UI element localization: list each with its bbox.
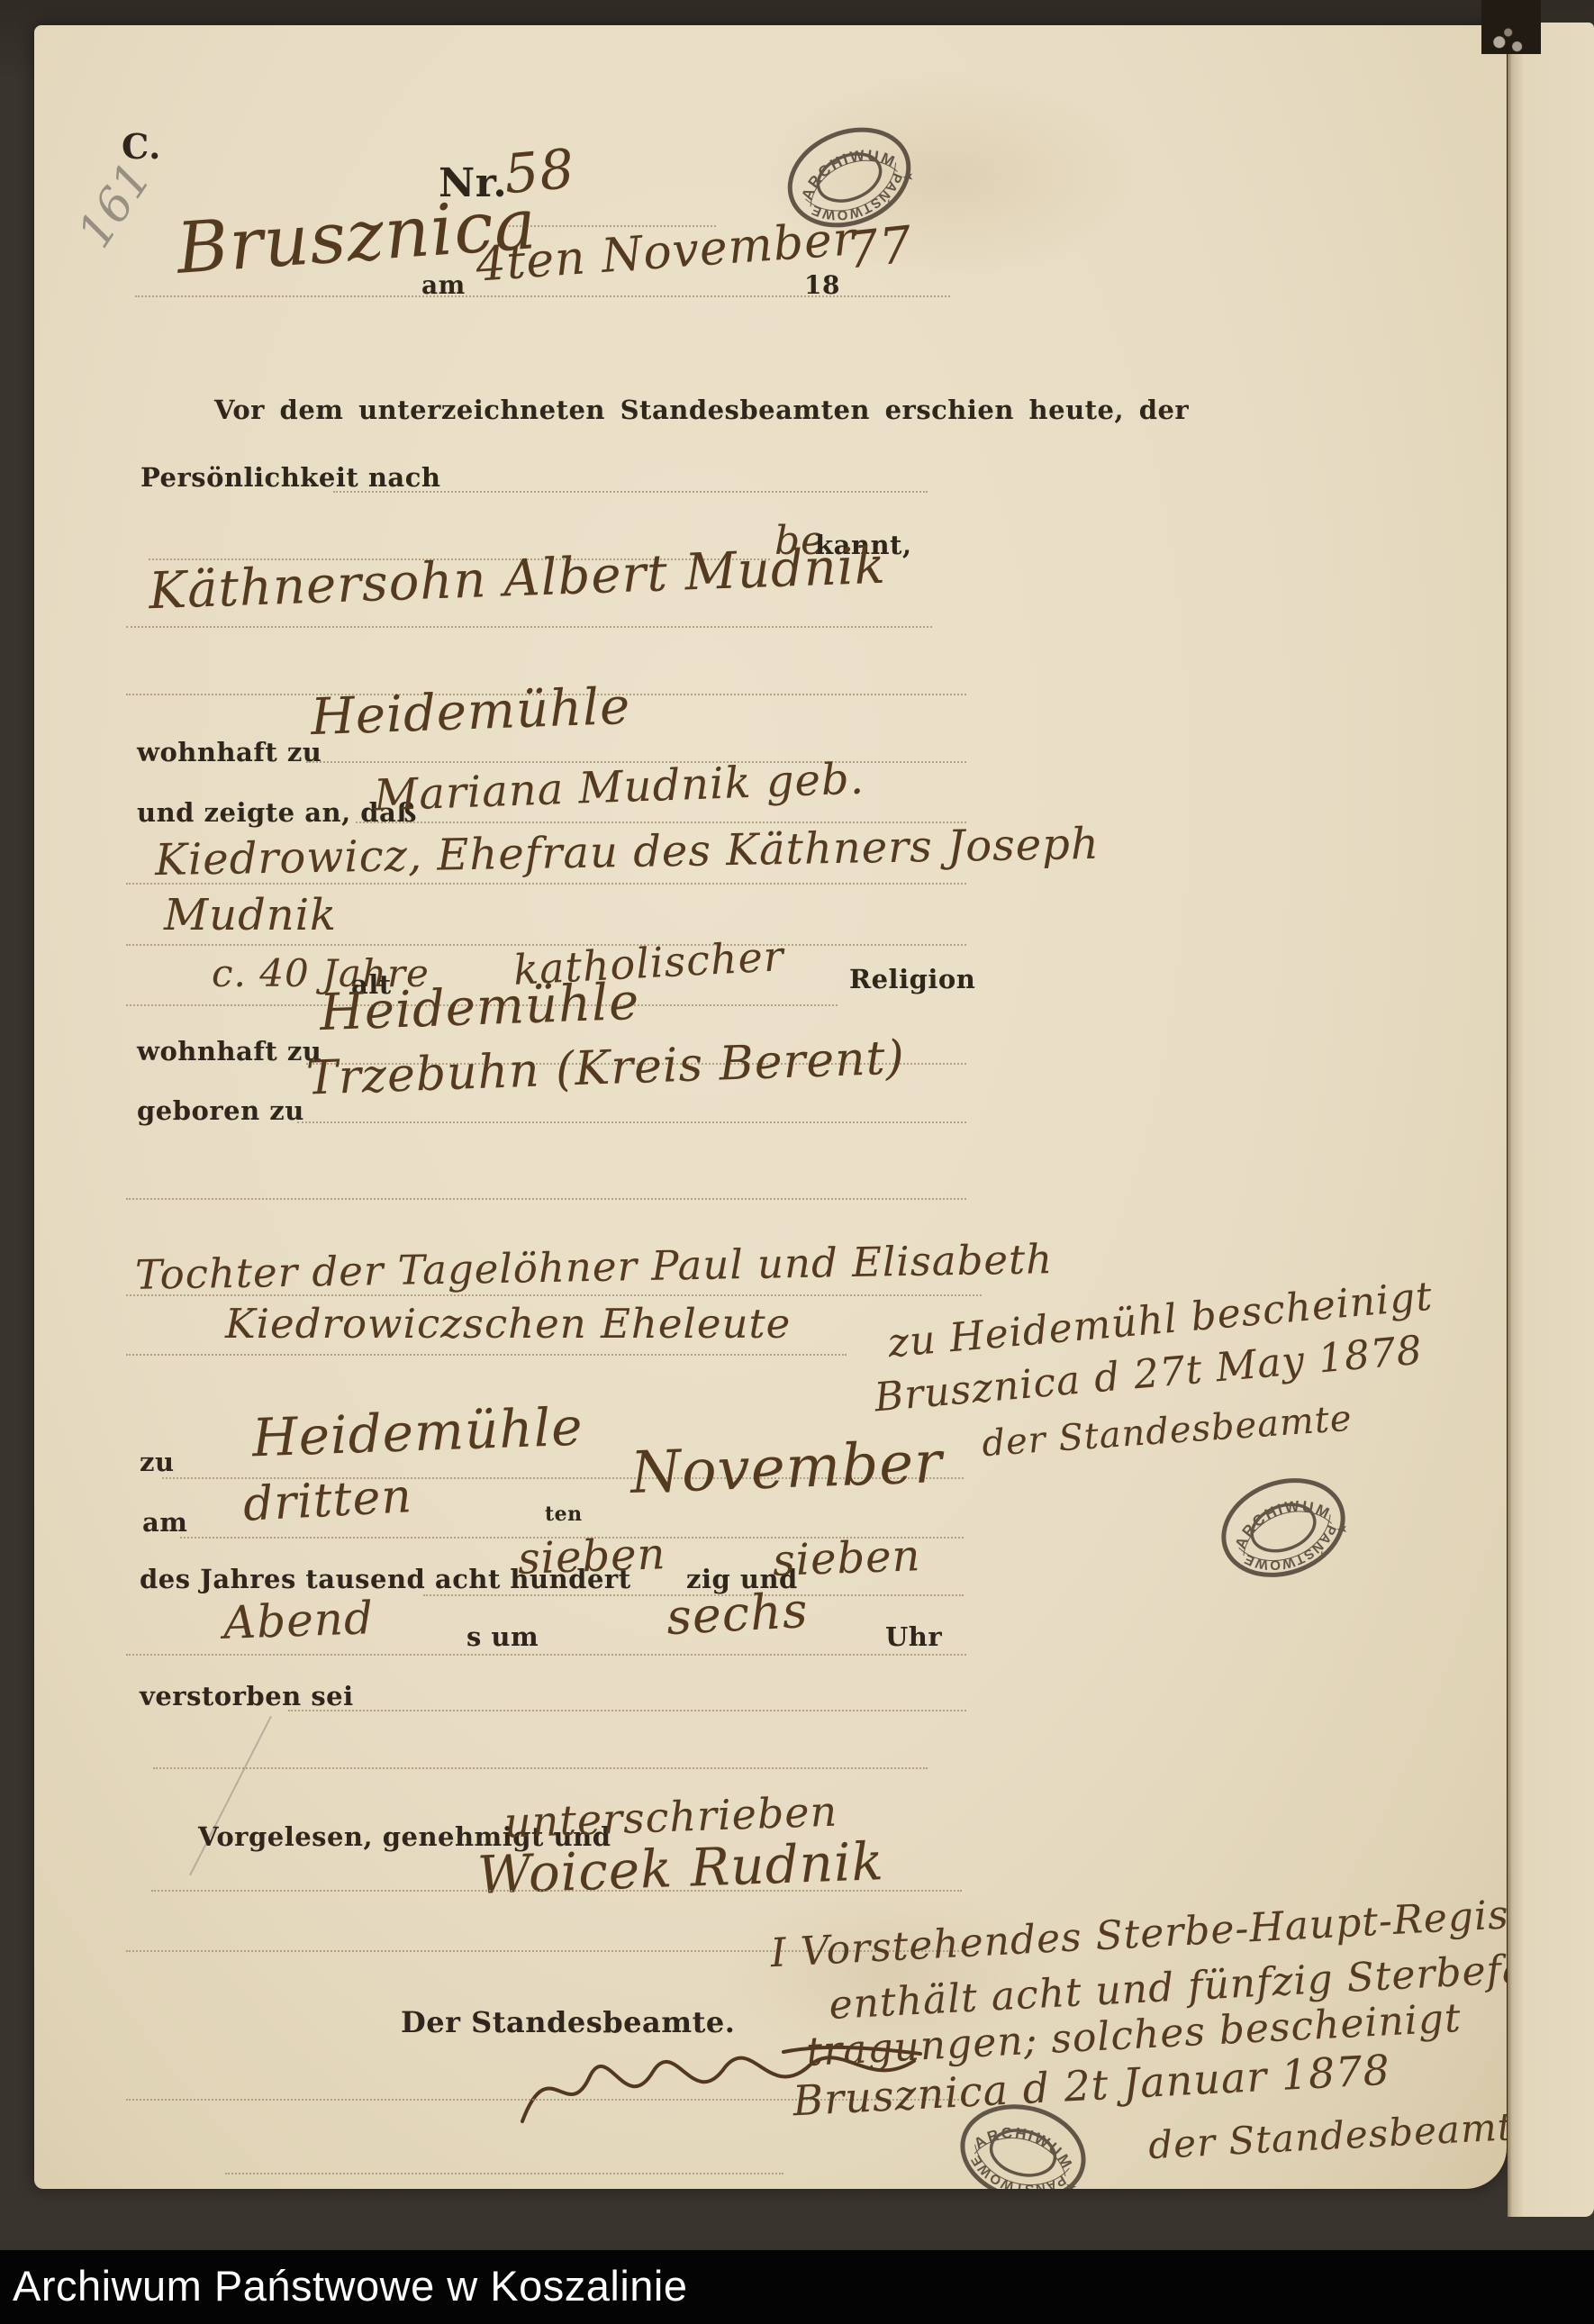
register-note-line5: der Standesbeamte <box>1147 2103 1507 2168</box>
uhr-label: Uhr <box>885 1621 942 1652</box>
archive-caption-bar: Archiwum Państwowe w Koszalinie <box>0 2250 1594 2324</box>
book-binding-threads <box>1481 0 1541 54</box>
stamp-star-icon: ★ <box>1064 2179 1078 2189</box>
archive-caption-text: Archiwum Państwowe w Koszalinie <box>13 2262 688 2310</box>
ten-suffix-label: ten <box>545 1502 583 1526</box>
death-day-value: dritten <box>242 1469 414 1532</box>
ruled-line <box>297 1121 966 1123</box>
ruled-line <box>151 1890 962 1892</box>
year-units-value: sieben <box>772 1530 921 1586</box>
s-um-label: s um <box>466 1621 539 1652</box>
religion-label: Religion <box>849 964 975 994</box>
ruled-line <box>135 295 950 297</box>
ruled-line <box>126 1654 966 1656</box>
stamp-star-icon: ★ <box>1335 1521 1349 1537</box>
ruled-line <box>225 2173 783 2174</box>
deceased-name-line2: Kiedrowicz, Ehefrau des Käthners Joseph <box>155 819 1100 885</box>
ruled-line <box>126 626 932 628</box>
registrar-label: Der Standesbeamte. <box>401 2005 735 2039</box>
ruled-line <box>126 883 966 885</box>
ruled-line <box>126 1198 966 1200</box>
ruled-line <box>126 1354 847 1356</box>
persoenlichkeit-label: Persönlichkeit nach <box>140 462 440 493</box>
ruled-line <box>333 491 928 493</box>
death-place-label: zu <box>140 1447 175 1477</box>
document-page: C. 161 Nr. 58 ARCHIWUM PAŃSTWOWE ★ Brusz… <box>34 25 1507 2189</box>
ruled-line <box>153 1767 928 1769</box>
hour-value: sechs <box>665 1582 809 1646</box>
death-month-value: November <box>629 1430 944 1507</box>
archive-oval-stamp: ARCHIWUM PAŃSTWOWE ★ <box>1191 1447 1375 1609</box>
residence2-value: Heidemühle <box>319 973 640 1042</box>
margin-note-line3: der Standesbeamte <box>981 1398 1354 1466</box>
parents-line2: Kiedrowiczschen Eheleute <box>225 1300 791 1348</box>
stamp-star-icon: ★ <box>901 168 916 185</box>
death-place-value: Heidemühle <box>251 1396 584 1469</box>
residence2-label: wohnhaft zu <box>137 1036 322 1067</box>
pencil-page-number: 161 <box>68 153 162 258</box>
verstorben-label: verstorben sei <box>140 1681 354 1711</box>
year-tens-value: sieben <box>517 1529 666 1584</box>
birthplace-label: geboren zu <box>137 1095 304 1126</box>
residence-value: Heidemühle <box>310 677 631 747</box>
ruled-line <box>126 1294 982 1296</box>
dateline-year-written: 77 <box>844 215 916 280</box>
daytime-value: Abend <box>222 1592 375 1649</box>
declarant-signature: Woicek Rudnik <box>476 1830 885 1906</box>
intro-line: Vor dem unterzeichneten Standesbeamten e… <box>214 395 1189 425</box>
deceased-name-line1: Mariana Mudnik geb. <box>373 754 865 822</box>
adjacent-page-edge <box>1508 23 1594 2217</box>
deceased-name-line3: Mudnik <box>164 890 337 940</box>
ruled-line <box>288 1710 966 1711</box>
residence-label: wohnhaft zu <box>137 737 322 767</box>
declarant-name: Käthnersohn Albert Mudnik <box>148 537 887 622</box>
birthplace-value: Trzebuhn (Kreis Berent) <box>305 1030 906 1105</box>
parents-line1: Tochter der Tagelöhner Paul und Elisabet… <box>135 1235 1054 1299</box>
death-day-label: am <box>142 1507 187 1538</box>
